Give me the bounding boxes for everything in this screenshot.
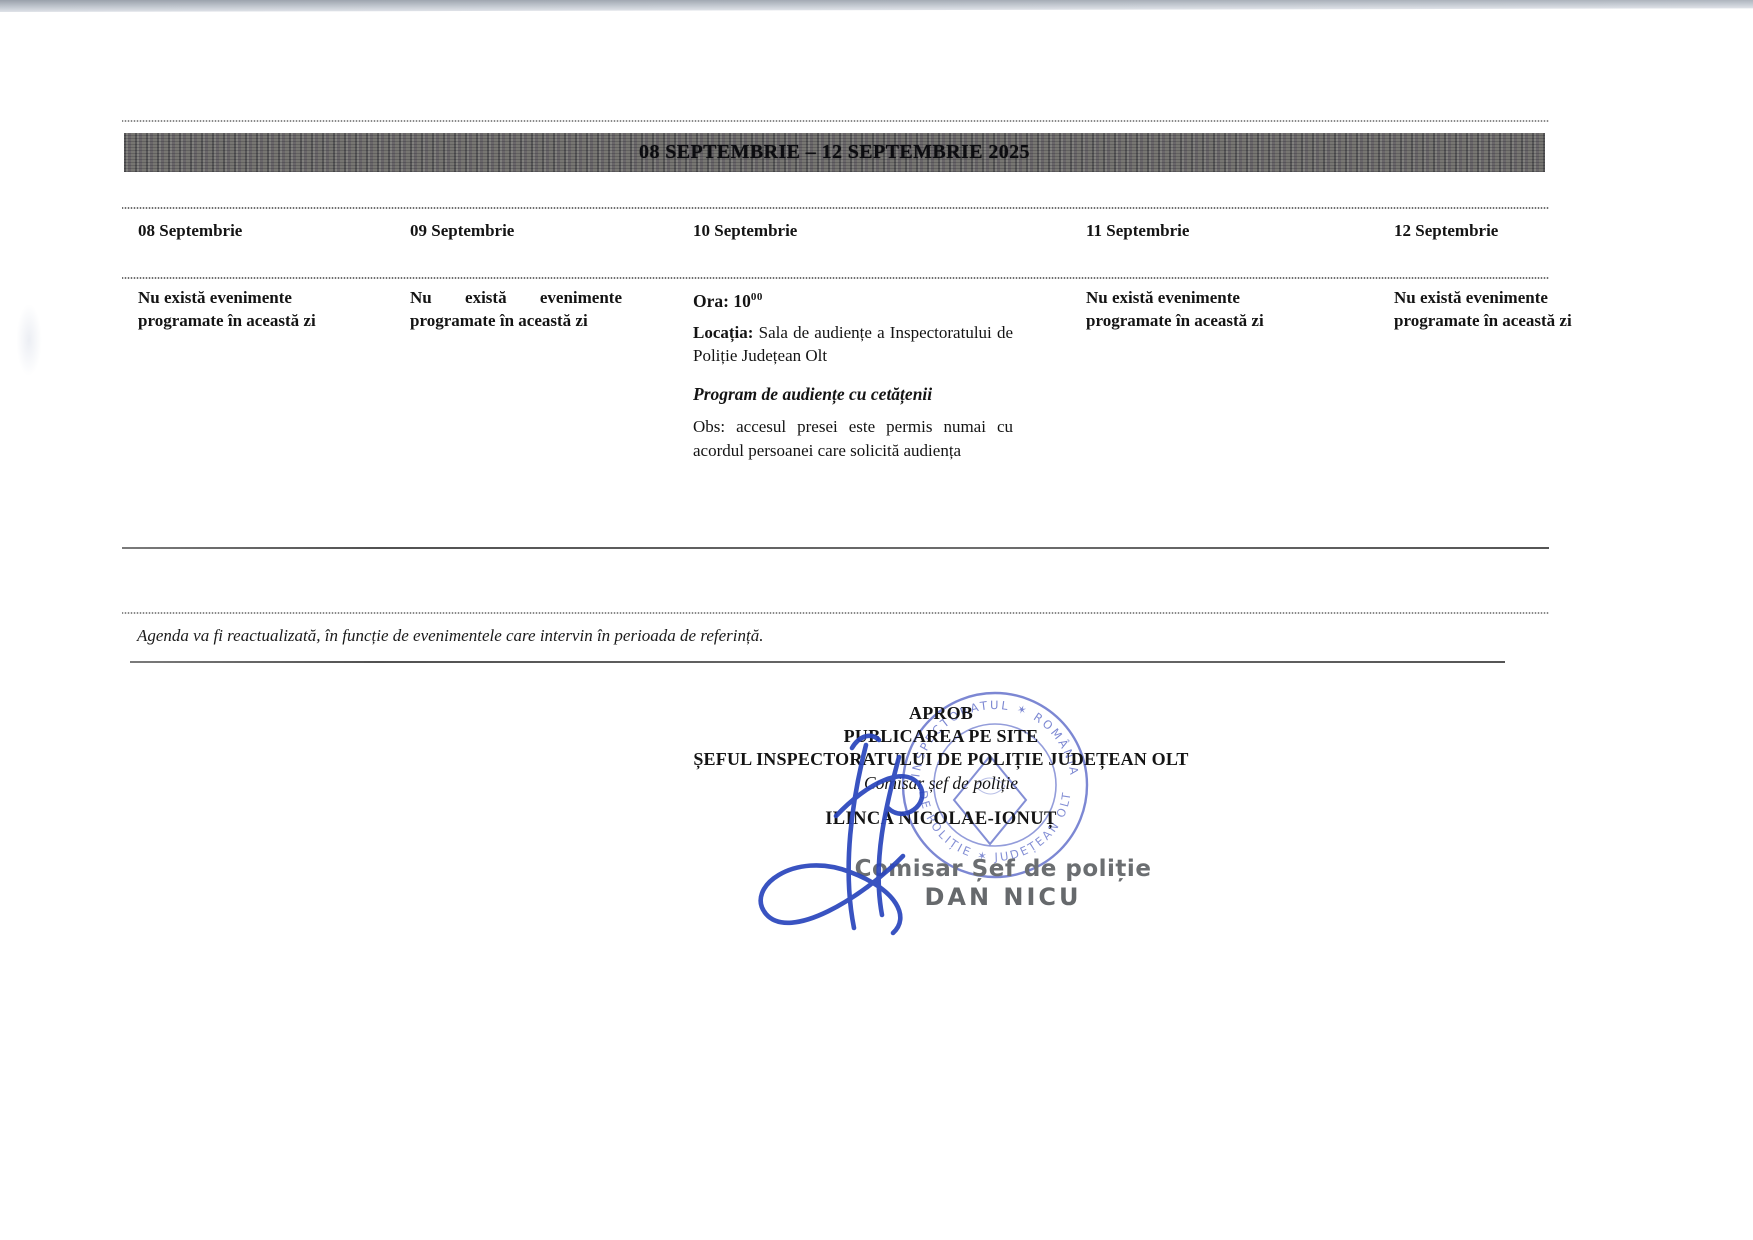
- day-cell-09-no-events: Nu există evenimente programate în aceas…: [410, 286, 622, 332]
- event-location-label: Locația:: [693, 323, 753, 342]
- column-header-12-septembrie: 12 Septembrie: [1394, 221, 1498, 241]
- column-header-10-septembrie: 10 Septembrie: [693, 221, 797, 241]
- table-header-rule: [122, 277, 1549, 279]
- event-location: Locația: Sala de audiențe a Inspectoratu…: [693, 321, 1013, 367]
- rule-above-banner: [122, 120, 1549, 122]
- banner-title: 08 SEPTEMBRIE – 12 SEPTEMBRIE 2025: [639, 141, 1030, 164]
- footnote-bottom-rule: [130, 661, 1505, 663]
- table-top-rule: [122, 207, 1549, 209]
- scanned-agenda-page: 08 SEPTEMBRIE – 12 SEPTEMBRIE 2025 08 Se…: [0, 0, 1753, 1240]
- column-header-11-septembrie: 11 Septembrie: [1086, 221, 1189, 241]
- scan-smudge-artifact: [12, 292, 46, 388]
- event-observation-note: Obs: accesul presei este permis numai cu…: [693, 415, 1013, 462]
- event-program-title: Program de audiențe cu cetățenii: [693, 382, 1013, 406]
- column-header-09-septembrie: 09 Septembrie: [410, 221, 514, 241]
- day-cell-11-no-events: Nu există evenimente programate în aceas…: [1086, 286, 1291, 332]
- date-range-banner: 08 SEPTEMBRIE – 12 SEPTEMBRIE 2025: [124, 133, 1545, 172]
- day-cell-12-no-events: Nu există evenimente programate în aceas…: [1394, 286, 1609, 332]
- handwritten-signature-icon: [720, 695, 1050, 965]
- event-time-superscript: 00: [751, 291, 763, 303]
- day-cell-10-event: Ora: 1000 Locația: Sala de audiențe a In…: [693, 286, 1013, 462]
- agenda-update-note: Agenda va fi reactualizată, în funcție d…: [137, 626, 763, 646]
- footnote-top-rule: [122, 612, 1549, 614]
- day-cell-08-no-events: Nu există evenimente programate în aceas…: [138, 286, 343, 332]
- table-bottom-rule: [122, 547, 1549, 549]
- column-header-08-septembrie: 08 Septembrie: [138, 221, 242, 241]
- scan-edge-artifact: [0, 0, 1753, 12]
- event-time-text: Ora: 10: [693, 291, 751, 311]
- event-time: Ora: 1000: [693, 286, 1013, 313]
